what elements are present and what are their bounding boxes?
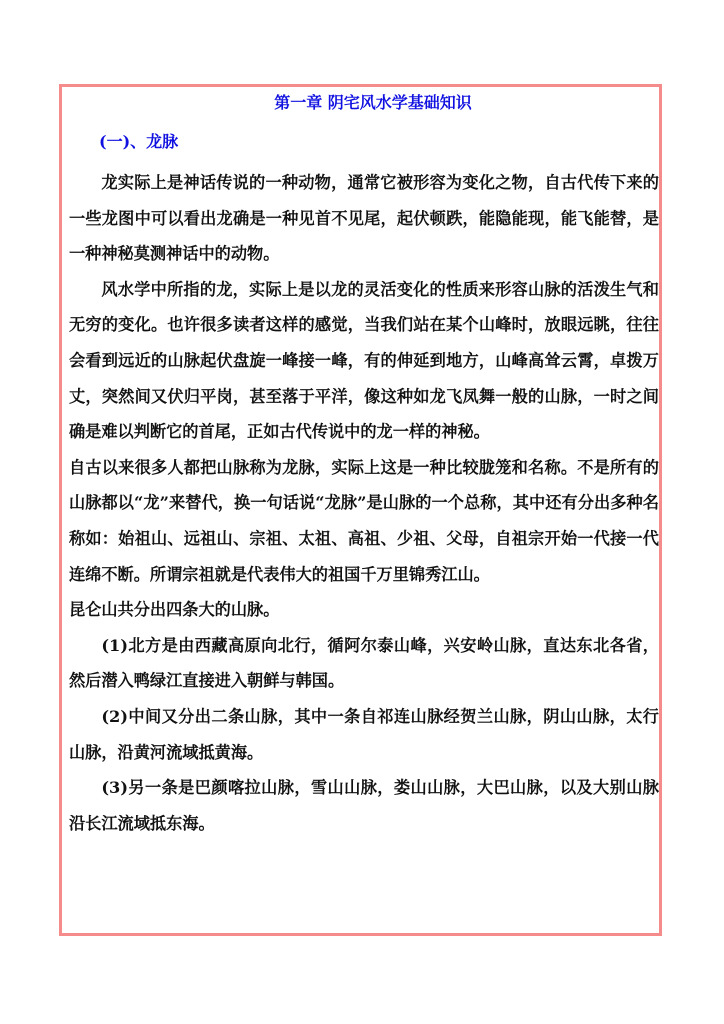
paragraph-fengshui-dragon: 风水学中所指的龙，实际上是以龙的灵活变化的性质来形容山脉的活泼生气和无穷的变化。… xyxy=(69,272,659,450)
paragraph-dragon-vein-names: 自古以来很多人都把山脉称为龙脉，实际上这是一种比较胧笼和名称。不是所有的山脉都以… xyxy=(69,450,659,592)
paragraph-yangtze-range: (3)另一条是巴颜喀拉山脉，雪山山脉，娄山山脉，大巴山脉，以及大别山脉沿长江流域… xyxy=(69,770,659,841)
paragraph-dragon-myth: 龙实际上是神话传说的一种动物，通常它被形容为变化之物，自古代传下来的一些龙图中可… xyxy=(69,165,659,272)
paragraph-north-range: (1)北方是由西藏高原向北行，循阿尔泰山峰，兴安岭山脉，直达东北各省，然后潜入鸭… xyxy=(69,628,659,699)
body-text: 龙实际上是神话传说的一种动物，通常它被形容为变化之物，自古代传下来的一些龙图中可… xyxy=(69,165,659,841)
chapter-title: 第一章 阴宅风水学基础知识 xyxy=(69,92,657,114)
section-title: (一)、龙脉 xyxy=(99,131,178,153)
page-frame: 第一章 阴宅风水学基础知识 (一)、龙脉 龙实际上是神话传说的一种动物，通常它被… xyxy=(59,84,662,936)
paragraph-kunlun: 昆仑山共分出四条大的山脉。 xyxy=(69,592,659,628)
paragraph-middle-range: (2)中间又分出二条山脉，其中一条自祁连山脉经贺兰山脉，阴山山脉，太行山脉，沿黄… xyxy=(69,699,659,770)
